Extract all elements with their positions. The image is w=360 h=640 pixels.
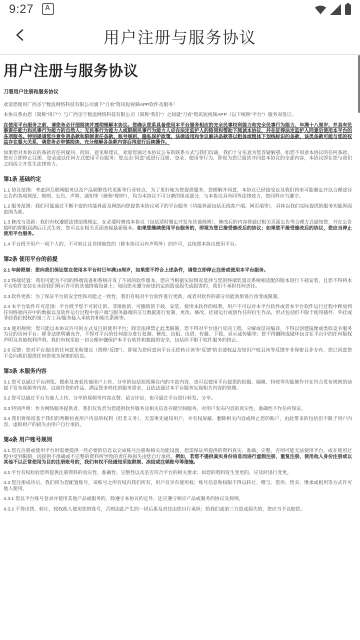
status-bar: 9:27 A: [0, 0, 360, 18]
doc-paragraph-bold-part: 例如，若您不提供真实身份信息而进行虚假注册、重复注册、使用他人身份注册或以其他不…: [4, 454, 353, 465]
doc-paragraph: 3.2 您可以通过平台为他人上传、分享的视频等内容点赞、留言评论，也可通过平台进…: [4, 396, 353, 402]
document-body: 刀看用户注册和服务协议欢迎您使用广西圣宁数浪网络科技有限公司旗下“刀看”资讯短视…: [4, 90, 353, 513]
doc-paragraph: 1.1 协议范围：考虑到互联网服务以及产品频繁迭代更新等行业特点，为了更好地为您…: [4, 188, 353, 200]
wifi-icon: [314, 4, 327, 15]
doc-paragraph: 本协议系由您（简称“用户”）与广西圣宁数浪网络科技有限公司（简称“我们”）之间就…: [4, 112, 353, 118]
document-title: 用户注册与服务协议: [4, 60, 353, 81]
status-time: 9:27: [9, 2, 34, 16]
doc-paragraph: 4.3 您注册成功后，我们将为您配置账号，该账号之所有权归我们所有，用户仅享有使…: [4, 480, 353, 492]
section-heading: 第1条 基础约定: [4, 175, 353, 183]
back-arrow-icon: [13, 28, 27, 45]
status-icons: [314, 3, 351, 15]
doc-paragraph: 1.2 服务范围：我们可能通过不断丰富的功能界面及网络向您提供本协议项下的平台服…: [4, 204, 353, 216]
doc-paragraph: 1.4 平台授予用户一项个人的、不可转让且非排他性的（除本协议另有声明外）的许可…: [4, 241, 353, 247]
agreement-document: 用户注册与服务协议 刀看用户注册和服务协议欢迎您使用广西圣宁数浪网络科技有限公司…: [0, 55, 356, 512]
doc-paragraph: 3.4 我们将保留基于我们的判断检查用户内容的权利（但非义务），无需事先通知用户…: [4, 416, 353, 428]
doc-paragraph: 2.5 使用规则：您只能以本协议许可的方式及目的使用平台；除非法律禁止此类限制，…: [4, 326, 353, 343]
doc-paragraph: 在使用平台服务之前，请您务必仔细阅读并透彻理解本协议。您确认您系具备使用本平台服…: [4, 122, 353, 145]
doc-paragraph: 2.6 反馈：您对平台提出的任何意见和建议（简称“反馈”），即视为您同意向平台无…: [4, 348, 353, 360]
battery-icon: [345, 3, 351, 15]
section-heading: 第2条 使用平台的前提: [4, 255, 353, 263]
screen: 9:27 A: [0, 0, 360, 640]
doc-paragraph: 4.3.2 不得出售、转让、授权他人使用您的账号，否则由此产生的一切后果及责任由…: [4, 506, 353, 512]
doc-paragraph: 4.1 您在注册或使用平台时需要提供一些必要的信息以完成账号注册和相关功能设置，…: [4, 448, 353, 465]
doc-paragraph: 如果您对本协议的条款有任何疑问、投诉、意见和建议，欢迎您通过本协议公布的联系方式…: [4, 150, 353, 167]
doc-paragraph: 2.4 本平台软件许可范围：平台授予您不可转让的、非排他的、可撤销的下载、安装、…: [4, 304, 353, 321]
doc-paragraph: 欢迎您使用广西圣宁数浪网络科技有限公司旗下“刀看”资讯短视频APP软件及服务！: [4, 102, 353, 108]
cellular-signal-icon: [330, 4, 342, 15]
agreement-scroll-area[interactable]: 用户注册与服务协议 刀看用户注册和服务协议欢迎您使用广西圣宁数浪网络科技有限公司…: [0, 55, 360, 640]
page-title: 用户注册与服务协议: [48, 25, 312, 48]
doc-paragraph: 2.2 终端装置：我们可能为不同的终端设备和系统开发了不同的软件版本，您应当根据…: [4, 278, 353, 290]
app-bar: 用户注册与服务协议: [0, 18, 360, 55]
doc-paragraph: 刀看用户注册和服务协议: [4, 90, 353, 96]
doc-paragraph: 2.3 软件更新：为了保证平台的安全性和功能之一致性，我们有权对平台软件进行更新…: [4, 294, 353, 300]
doc-paragraph: 3.3 特别声明：作为网络服务提供者，我们仅负责为您提供软件服务及相关信息存储空…: [4, 406, 353, 412]
doc-paragraph: 4.2 平台有权检验您所提供注册资料的真实性、准确性、完整性以及是否符合平台的相…: [4, 470, 353, 476]
doc-paragraph: 4.3.1 您以平台账号登录并使用其他产品或服务的，除遵守本协议约定外，还应遵守…: [4, 496, 353, 502]
back-button[interactable]: [0, 18, 40, 54]
section-heading: 第4条 用户账号规则: [4, 436, 353, 444]
doc-paragraph-bold-part: 如果您继续使用平台服务的，即视为您已接受修改后的协议；如果您不接受修改后的协议，…: [4, 225, 352, 236]
notification-app-icon: A: [42, 3, 54, 15]
doc-paragraph: 3.1 您可以通过平台浏览、搜索及查看其他用户上传、分享的包括短视频在内的丰富内…: [4, 380, 353, 392]
doc-paragraph: 1.3 修改与更新：我们有权遵照法律法规规定，在必要时修改本协议（包括适时制定并…: [4, 220, 353, 237]
section-heading: 第3条 本服务内容: [4, 367, 353, 375]
doc-paragraph: 2.1 年龄限制：您向我们保证您在使用本平台时已年满18周岁，如果您不符合上述条…: [4, 268, 353, 274]
